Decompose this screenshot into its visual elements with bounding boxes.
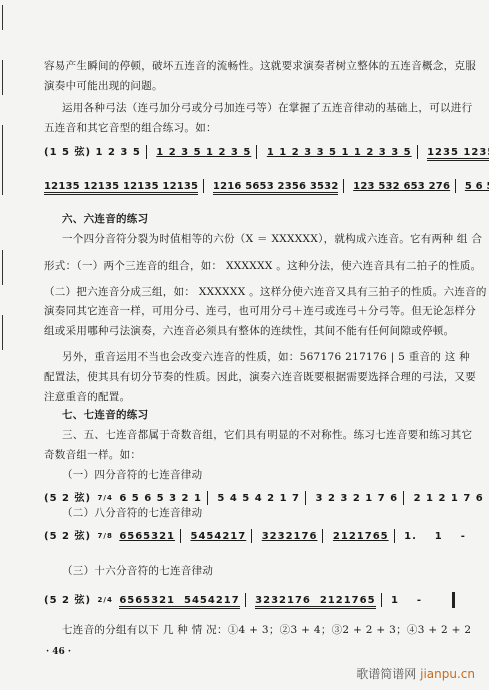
measure: 2121765	[333, 531, 389, 542]
measure: 5 6 5 6 5 6 5 6	[465, 181, 489, 192]
measure: 3232176 2121765	[255, 595, 375, 609]
subsection-title: （三）十六分音符的七连音律动	[62, 563, 213, 578]
measure: 1 2 3 5	[96, 147, 141, 158]
measure: 123 532 653 276	[353, 181, 450, 192]
paragraph-line: 一个四分音符分裂为时值相等的六份（X ＝ XXXXXX），就构成六连音。它有两种…	[62, 231, 482, 246]
music-staff-3: (5 2 弦) 7/4 6 5 6 5 3 2 1 5 4 5 4 2 1 7 …	[44, 489, 489, 506]
paragraph-line: 另外，重音运用不当也会改变六连音的性质，如：567176 217176 | 5 …	[62, 349, 470, 364]
measure: 1 -	[391, 595, 422, 606]
time-signature: 7/4	[98, 495, 113, 502]
measure: 6565321	[119, 531, 175, 542]
subsection-title: （二）八分音符的七连音律动	[62, 505, 202, 520]
measure: 12135 12135 12135 12135	[44, 181, 198, 195]
measure: 1216 5653 2356 3532	[213, 181, 339, 195]
watermark: 歌谱简谱网 jianpu.cn	[356, 665, 475, 682]
measure: 1. 1 -	[404, 531, 466, 542]
measure: 2 1 2 1 7 6 5	[414, 493, 489, 504]
scan-edge	[2, 125, 3, 195]
scan-edge	[2, 250, 3, 285]
score-page: 容易产生瞬间的停顿，破坏五连音的流畅性。这就要求演奏者树立整体的五连音概念，克服…	[0, 0, 489, 690]
time-signature: 2/4	[98, 597, 113, 604]
section-heading: 六、六连音的练习	[62, 211, 148, 226]
paragraph-line: 演奏同其它连音一样，可用分弓、连弓，也可用分弓＋连弓或连弓＋分弓等。但无论怎样分	[44, 303, 476, 318]
scan-edge	[2, 315, 3, 350]
measure: 1235 1235 1235 1235	[427, 147, 489, 161]
scan-edge	[2, 5, 3, 30]
measure: 1 2 3 5 1 2 3 5	[156, 147, 251, 158]
measure: 3 2 3 2 1 7 6	[316, 493, 399, 504]
measure: 6565321 5454217	[119, 595, 239, 609]
measure: 6 5 6 5 3 2 1	[119, 493, 202, 504]
section-heading: 七、七连音的练习	[62, 407, 148, 422]
page-number: · 46 ·	[46, 647, 71, 657]
time-signature: 7/8	[98, 533, 113, 540]
paragraph-line: 配置法，使其具有切分节奏的性质。因此，演奏六连音既要根据需要选择合理的弓法，又要	[44, 369, 476, 384]
paragraph-line: 三、五、七连音都属于奇数音组，它们具有明显的不对称性。练习七连音要和练习其它	[62, 427, 472, 442]
paragraph-line: 容易产生瞬间的停顿，破坏五连音的流畅性。这就要求演奏者树立整体的五连音概念，克服	[44, 58, 476, 73]
string-label: (5 2 弦)	[44, 493, 91, 504]
watermark-cn: 歌谱简谱网	[356, 667, 416, 681]
paragraph-line: 注意重音的配置。	[44, 389, 130, 404]
music-staff-5: (5 2 弦) 2/4 6565321 5454217 3232176 2121…	[44, 591, 455, 608]
string-label: (5 2 弦)	[44, 531, 91, 542]
string-label: (5 2 弦)	[44, 595, 91, 606]
scan-edge	[2, 60, 3, 95]
measure: 1 1 2 3 3 5 1 1 2 3 3 5	[267, 147, 412, 158]
paragraph-line: 形式：（一）两个三连音的组合，如： XXXXXX 。这种分法，使六连音具有二拍子…	[44, 258, 481, 273]
subsection-title: （一）四分音符的七连音律动	[62, 467, 202, 482]
measure: 3232176	[262, 531, 318, 542]
measure: 5 4 5 4 2 1 7	[217, 493, 300, 504]
paragraph-line: （二）把六连音分成三组，如： XXXXXX 。这样分使六连音又具有三拍子的性质。…	[44, 284, 487, 299]
paragraph-line: 运用各种弓法（连弓加分弓或分弓加连弓等）在掌握了五连音律动的基础上，可以进行	[62, 100, 472, 115]
string-label: (1 5 弦)	[44, 147, 91, 158]
music-staff-2: 12135 12135 12135 12135 1216 5653 2356 3…	[44, 178, 489, 194]
paragraph-line: 奇数音组一样。如：	[44, 447, 141, 462]
paragraph-line: 组或采用哪种弓法演奏，六连音必须具有整体的连续性，其间不能有任何间隙或停顿。	[44, 323, 454, 338]
paragraph-line: 演奏中可能出现的问题。	[44, 78, 163, 93]
watermark-en: jianpu.cn	[420, 667, 475, 681]
music-staff-1: (1 5 弦) 1 2 3 5 1 2 3 5 1 2 3 5 1 1 2 3 …	[44, 143, 489, 159]
music-staff-4: (5 2 弦) 7/8 6565321 5454217 3232176 2121…	[44, 527, 489, 544]
grouping-text: 七连音的分组有以下 几 种 情 况：①4 + 3；②3 + 4；③2 + 2 +…	[62, 622, 471, 637]
paragraph-line: 五连音和其它音型的组合练习。如：	[44, 120, 217, 135]
measure: 5454217	[191, 531, 247, 542]
